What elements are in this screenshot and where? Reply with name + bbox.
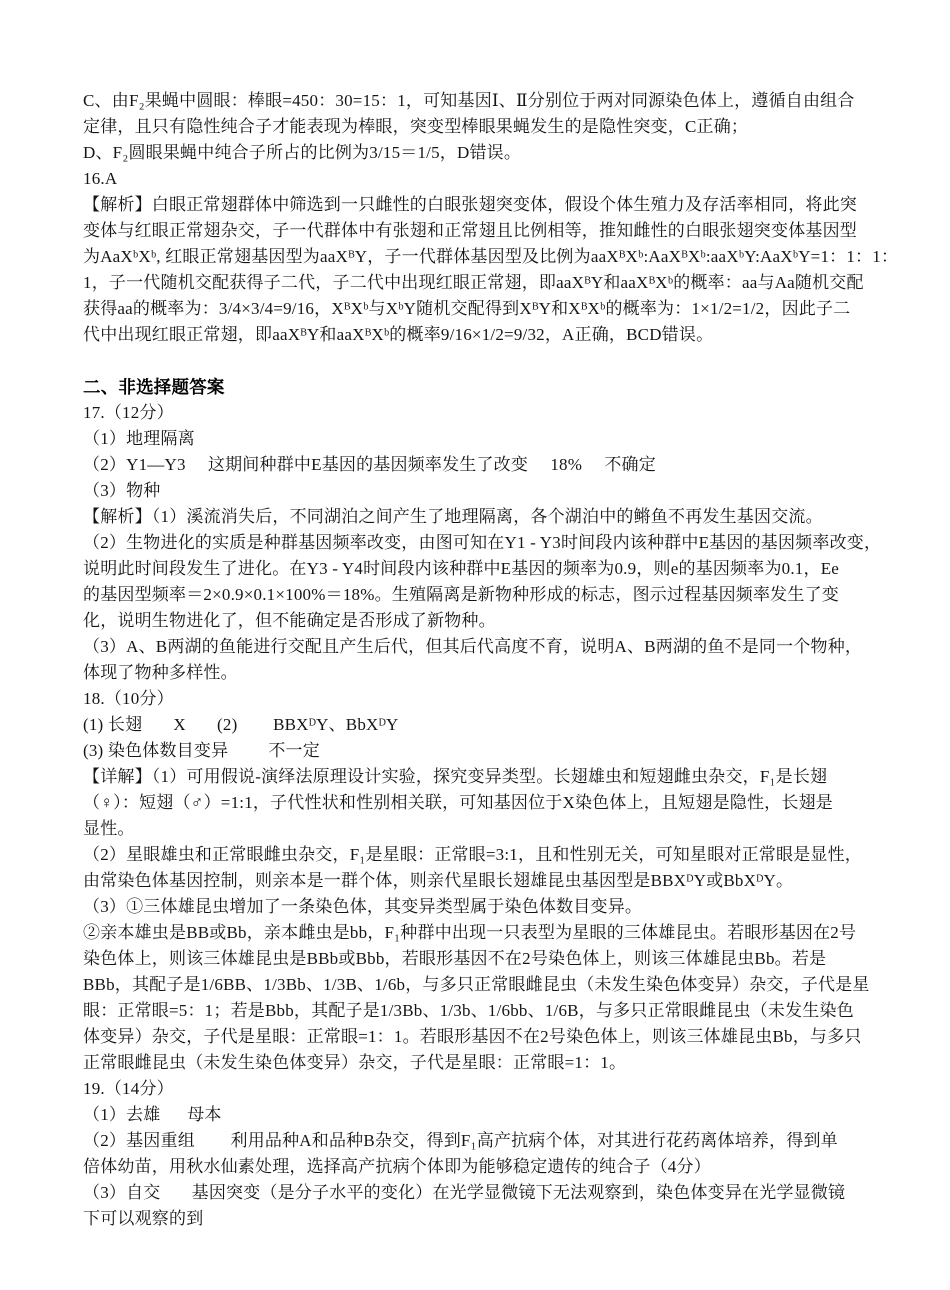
text-line: 获得aa的概率为：3/4×3/4=9/16，XᴮXᵇ与XᵇY随机交配得到XᴮY和… [83, 296, 890, 322]
text-line: 说明此时间段发生了进化。在Y3 - Y4时间段内该种群中E基因的频率为0.9，则… [83, 556, 890, 582]
text-line: ②亲本雄虫是BB或Bb，亲本雌虫是bb，F₁种群中出现一只表型为星眼的三体雄昆虫… [83, 920, 890, 946]
text-line: 1，子一代随机交配获得子二代，子二代中出现红眼正常翅，即aaXᴮY和aaXᴮXᵇ… [83, 270, 890, 296]
text-line: 代中出现红眼正常翅，即aaXᴮY和aaXᴮXᵇ的概率9/16×1/2=9/32，… [83, 322, 890, 348]
text-line: 显性。 [83, 816, 890, 842]
text-line: 变体与红眼正常翅杂交，子一代群体中有张翅和正常翅且比例相等，推知雌性的白眼张翅突… [83, 218, 890, 244]
question-18-header: 18.（10分） [83, 686, 890, 712]
text-line: BBb，其配子是1/6BB、1/3Bb、1/3B、1/6b，与多只正常眼雌昆虫（… [83, 972, 890, 998]
text-line: （2）Y1—Y3 这期间种群中E基因的基因频率发生了改变 18% 不确定 [83, 452, 890, 478]
text-line: 眼：正常眼=5：1；若是Bbb，其配子是1/3Bb、1/3b、1/6bb、1/6… [83, 998, 890, 1024]
text-line: 的基因型频率＝2×0.9×0.1×100%＝18%。生殖隔离是新物种形成的标志，… [83, 582, 890, 608]
question-19-header: 19.（14分） [83, 1076, 890, 1102]
text-line: 定律，且只有隐性纯合子才能表现为棒眼，突变型棒眼果蝇发生的是隐性突变，C正确； [83, 114, 890, 140]
text-line: (3) 染色体数目变异 不一定 [83, 738, 890, 764]
text-line: 【解析】（1）溪流消失后，不同湖泊之间产生了地理隔离，各个湖泊中的鳉鱼不再发生基… [83, 504, 890, 530]
text-line: （1）地理隔离 [83, 426, 890, 452]
text-line: （3）①三体雄昆虫增加了一条染色体，其变异类型属于染色体数目变异。 [83, 894, 890, 920]
text-line: 【详解】（1）可用假说-演绎法原理设计实验，探究变异类型。长翅雄虫和短翅雌虫杂交… [83, 764, 890, 790]
text-line: （3）A、B两湖的鱼能进行交配且产生后代，但其后代高度不育，说明A、B两湖的鱼不… [83, 634, 890, 660]
text-line: （3）自交 基因突变（是分子水平的变化）在光学显微镜下无法观察到，染色体变异在光… [83, 1180, 890, 1206]
blank-line [83, 348, 890, 374]
text-line: 正常眼雌昆虫（未发生染色体变异）杂交，子代是星眼：正常眼=1：1。 [83, 1050, 890, 1076]
text-line: 下可以观察的到 [83, 1206, 890, 1232]
text-line: 体变异）杂交，子代是星眼：正常眼=1：1。若眼形基因不在2号染色体上，则该三体雄… [83, 1024, 890, 1050]
document-page: C、由F₂果蝇中圆眼：棒眼=450：30=15：1，可知基因Ⅰ、Ⅱ分别位于两对同… [0, 0, 950, 1290]
text-line: 体现了物种多样性。 [83, 660, 890, 686]
text-line: 染色体上，则该三体雄昆虫是BBb或Bbb，若眼形基因不在2号染色体上，则该三体雄… [83, 946, 890, 972]
text-line: 化，说明生物进化了，但不能确定是否形成了新物种。 [83, 608, 890, 634]
section-header: 二、非选择题答案 [83, 374, 890, 400]
text-line: （3）物种 [83, 478, 890, 504]
text-line: （1）去雄 母本 [83, 1102, 890, 1128]
text-line: 【解析】白眼正常翅群体中筛选到一只雌性的白眼张翅突变体，假设个体生殖力及存活率相… [83, 192, 890, 218]
text-line: （2）生物进化的实质是种群基因频率改变，由图可知在Y1 - Y3时间段内该种群中… [83, 530, 890, 556]
text-line: 由常染色体基因控制，则亲本是一群个体，则亲代星眼长翅雄昆虫基因型是BBXᴰY或B… [83, 868, 890, 894]
question-17-header: 17.（12分） [83, 400, 890, 426]
text-line: C、由F₂果蝇中圆眼：棒眼=450：30=15：1，可知基因Ⅰ、Ⅱ分别位于两对同… [83, 88, 890, 114]
text-line: (1) 长翅 X (2) BBXᴰY、BbXᴰY [83, 712, 890, 738]
text-line: 倍体幼苗，用秋水仙素处理，选择高产抗病个体即为能够稳定遗传的纯合子（4分） [83, 1154, 890, 1180]
text-line: （2）基因重组 利用品种A和品种B杂交，得到F₁高产抗病个体，对其进行花药离体培… [83, 1128, 890, 1154]
text-line: （♀）：短翅（♂）=1:1，子代性状和性别相关联，可知基因位于X染色体上，且短翅… [83, 790, 890, 816]
answer-16-label: 16.A [83, 166, 890, 192]
text-line: 为AaXᵇXᵇ, 红眼正常翅基因型为aaXᴮY，子一代群体基因型及比例为aaXᴮ… [83, 244, 890, 270]
text-line: （2）星眼雄虫和正常眼雌虫杂交，F₁是星眼：正常眼=3:1，且和性别无关，可知星… [83, 842, 890, 868]
text-line: D、F₂圆眼果蝇中纯合子所占的比例为3/15＝1/5，D错误。 [83, 140, 890, 166]
